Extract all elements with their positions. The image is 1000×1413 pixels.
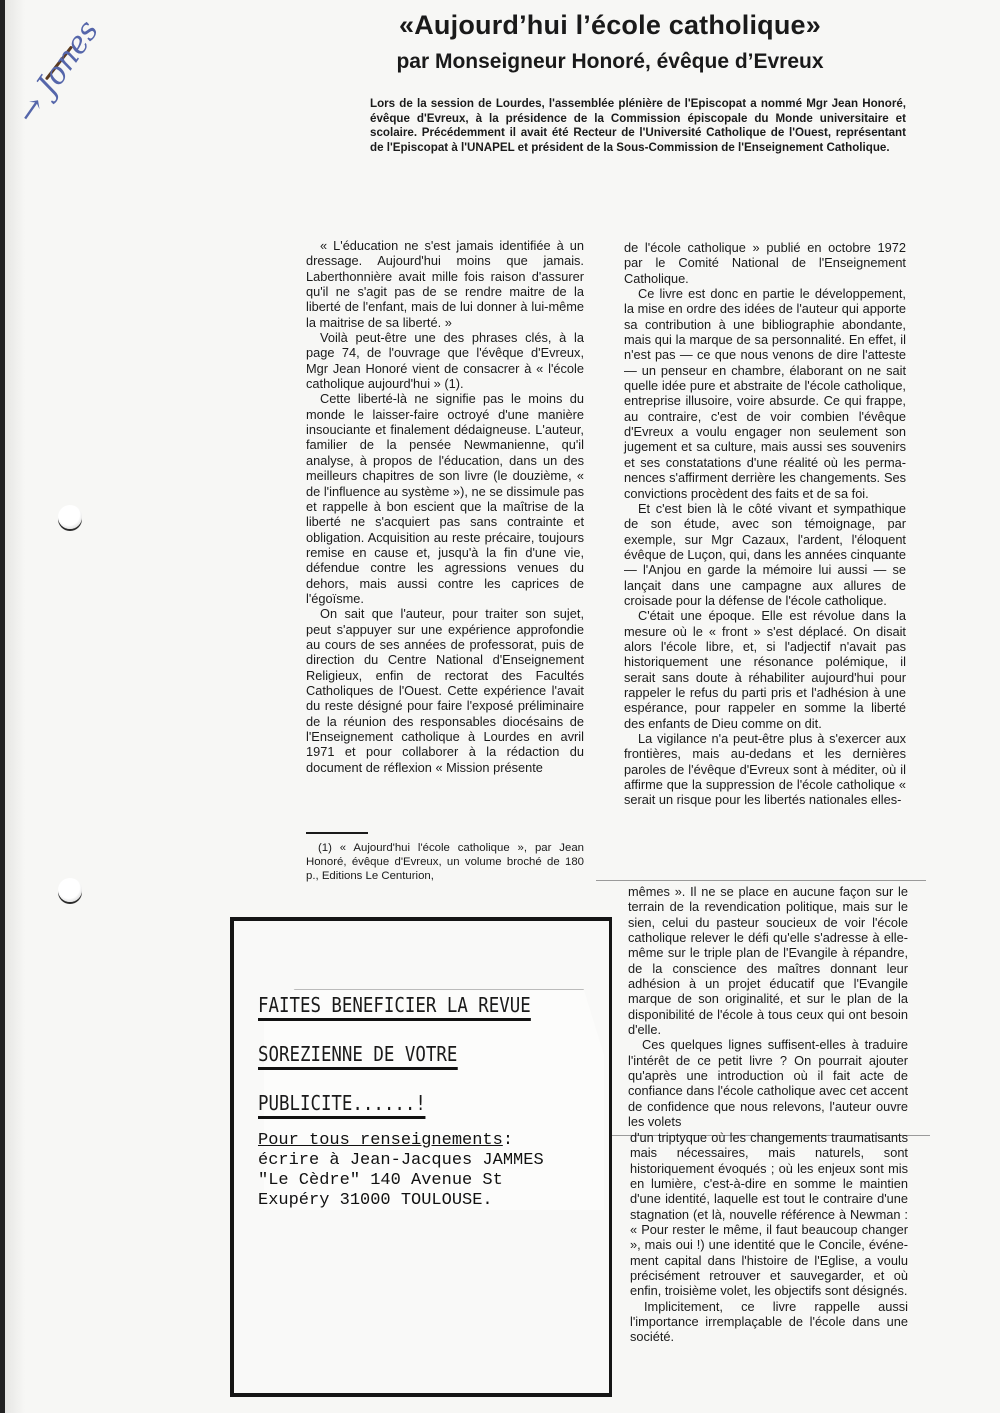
paragraph: Voilà peut-être une des phrases clés, à … — [306, 330, 584, 391]
ad-headline-line: FAITES BENEFICIER LA REVUE — [258, 992, 531, 1021]
article-column-2-bottom: d'un triptyque où les changements trauma… — [630, 1130, 908, 1345]
paragraph: Et c'est bien là le côté vivant et sympa… — [624, 501, 906, 608]
article-lede: Lors de la session de Lourdes, l'assembl… — [370, 97, 906, 155]
punch-hole-icon — [58, 505, 82, 529]
paragraph: Implicitement, ce livre rappelle aussi l… — [630, 1299, 908, 1345]
paragraph: mêmes ». Il ne se place en aucune façon … — [628, 884, 908, 1037]
article-title: «Aujourd’hui l’école catholique» — [300, 8, 920, 42]
article-column-1: « L'éducation ne s'est jamais identifiée… — [306, 238, 584, 775]
ad-info-colon: : — [503, 1131, 513, 1150]
page-shadow — [5, 0, 25, 1413]
paragraph: « L'éducation ne s'est jamais identifiée… — [306, 238, 584, 330]
ad-headline: FAITES BENEFICIER LA REVUE SOREZIENNE DE… — [258, 985, 547, 1132]
footnote-text: (1) « Aujourd'hui l'école catholique », … — [306, 842, 584, 883]
punch-hole-icon — [58, 878, 82, 902]
paragraph: On sait que l'auteur, pour traiter son s… — [306, 606, 584, 775]
ad-info-line: écrire à Jean-Jacques JAMMES — [258, 1151, 618, 1171]
ad-info-line: Exupéry 31000 TOULOUSE. — [258, 1191, 618, 1211]
clipping-edge — [596, 880, 926, 881]
paragraph: Ces quelques lignes suffisent-elles à tr… — [628, 1037, 908, 1129]
paragraph: La vigilance n'a peut-être plus à s'exer… — [624, 731, 906, 808]
paragraph: Ce livre est donc en partie le dévelop­p… — [624, 286, 906, 501]
footnote: (1) « Aujourd'hui l'école catholique », … — [306, 842, 584, 883]
ad-contact-info: Pour tous renseignements: écrire à Jean-… — [258, 1131, 618, 1211]
paragraph: Cette liberté-là ne signifie pas le moin… — [306, 391, 584, 606]
paragraph: C'était une époque. Elle est révolue dan… — [624, 608, 906, 731]
ad-headline-line: SOREZIENNE DE VOTRE — [258, 1041, 457, 1070]
ad-info-line: "Le Cèdre" 140 Avenue St — [258, 1171, 618, 1191]
ad-info-label: Pour tous renseignements — [258, 1131, 503, 1150]
paragraph: de l'école catholique » publié en octobr… — [624, 240, 906, 286]
ad-headline-line: PUBLICITE......! — [258, 1090, 426, 1119]
article-column-2-middle: mêmes ». Il ne se place en aucune façon … — [628, 884, 908, 1130]
footnote-divider — [306, 832, 368, 834]
paragraph: d'un triptyque où les changements trauma… — [630, 1130, 908, 1299]
article-subtitle: par Monseigneur Honoré, évêque d’Evreux — [300, 48, 920, 76]
advertisement-box: FAITES BENEFICIER LA REVUE SOREZIENNE DE… — [230, 917, 612, 1397]
article-column-2-top: de l'école catholique » publié en octobr… — [624, 240, 906, 808]
